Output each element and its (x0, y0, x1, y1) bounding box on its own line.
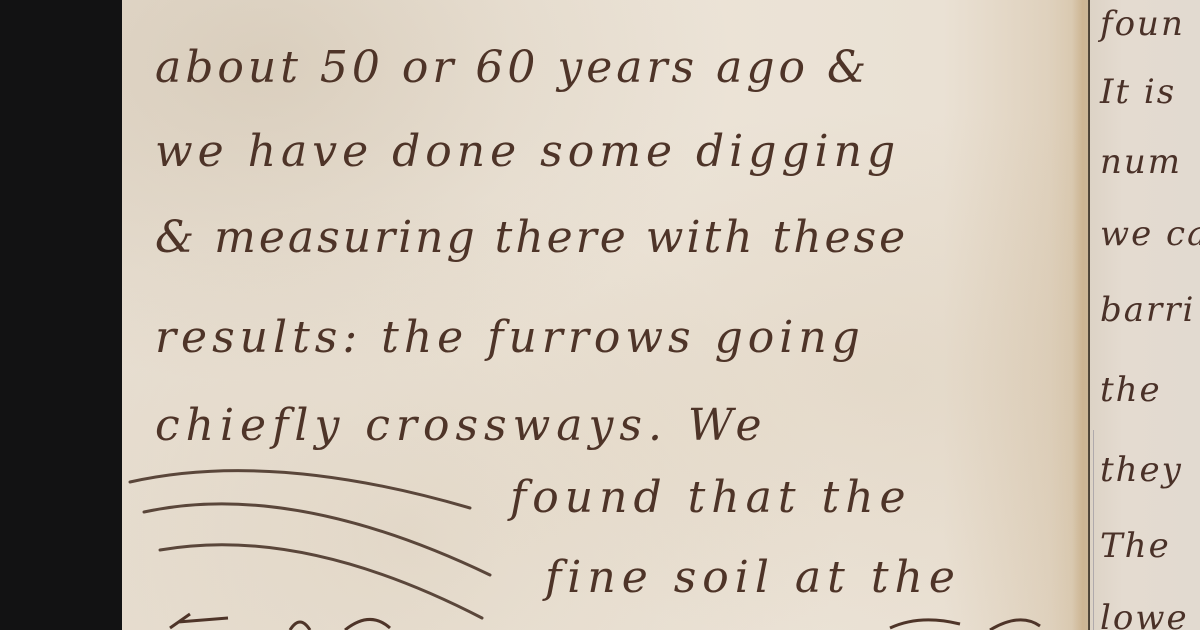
facing-line-5: barri (1100, 290, 1195, 330)
manuscript-line-6: found that the (510, 472, 912, 523)
facing-line-1: foun (1100, 4, 1185, 44)
facing-line-7: they (1100, 450, 1183, 490)
partial-next-line (150, 600, 1090, 630)
facing-line-8: The (1100, 526, 1171, 566)
facing-line-2: It is (1100, 72, 1176, 112)
dark-background-margin (0, 0, 122, 630)
facing-page-edge (1093, 430, 1094, 630)
facing-line-9: lowe (1100, 598, 1189, 630)
manuscript-line-3: & measuring there with these (155, 212, 908, 263)
facing-line-4: we ca (1100, 214, 1200, 254)
facing-line-6: the (1100, 370, 1162, 410)
manuscript-line-2: we have done some digging (155, 126, 900, 177)
manuscript-line-7: fine soil at the (545, 552, 961, 603)
manuscript-line-4: results: the furrows going (155, 312, 865, 363)
manuscript-line-1: about 50 or 60 years ago & (155, 42, 870, 93)
facing-line-3: num (1100, 142, 1182, 182)
